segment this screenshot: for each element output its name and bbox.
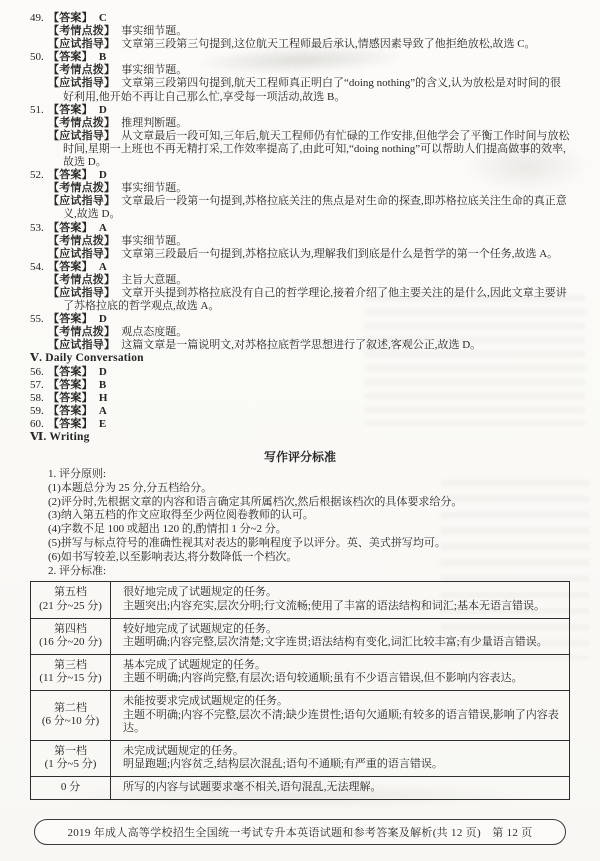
answer-item: 54.【答案】A 【考情点拨】主旨大意题。 【应试指导】文章开头提到苏格拉底没有…	[30, 261, 570, 313]
answer-label: 【答案】	[48, 366, 93, 378]
yingshi-line: 【应试指导】这篇文章是一篇说明文,对苏格拉底哲学思想进行了叙述,客观公正,故选 …	[30, 339, 570, 352]
level-cell: 第一档 (1 分~5 分)	[31, 740, 111, 776]
level-name: 第一档	[33, 745, 108, 759]
answer-value: D	[99, 313, 107, 325]
yingshi-line: 【应试指导】文章第三段第四句提到,航天工程师真正明白了“doing nothin…	[30, 77, 570, 103]
desc-cell: 很好地完成了试题规定的任务。 主题突出;内容充实,层次分明;行文流畅;使用了丰富…	[111, 582, 570, 618]
item-number: 49.	[30, 12, 48, 25]
yingshi-text: 文章最后一段第一句提到,苏格拉底关注的焦点是对生命的探查,即苏格拉底关注生命的真…	[63, 195, 567, 220]
detail-line: 主题不明确;内容不完整,层次不清;缺少连贯性;语句欠通顺;有较多的语言错误,影响…	[123, 709, 559, 736]
answer-label: 【答案】	[48, 12, 93, 24]
answer-line-simple: 58.【答案】H	[30, 392, 570, 405]
yingshi-label: 【应试指导】	[48, 130, 115, 142]
yingshi-text: 从文章最后一段可知,三年后,航天工程师仍有忙碌的工作安排,但他学会了平衡工作时间…	[63, 130, 569, 168]
item-number: 60.	[30, 418, 48, 431]
answer-label: 【答案】	[48, 313, 93, 325]
detail-line: 主题突出;内容充实,层次分明;行文流畅;使用了丰富的语法结构和词汇;基本无语言错…	[123, 600, 559, 614]
answer-item: 53.【答案】A 【考情点拨】事实细节题。 【应试指导】文章第三段最后一句提到,…	[30, 222, 570, 261]
answer-line: 49.【答案】C	[30, 12, 570, 25]
answer-label: 【答案】	[48, 222, 93, 234]
answer-label: 【答案】	[48, 405, 93, 417]
answer-label: 【答案】	[48, 51, 93, 63]
item-number: 55.	[30, 313, 48, 326]
yingshi-label: 【应试指导】	[48, 287, 115, 299]
answer-label: 【答案】	[48, 261, 93, 273]
item-number: 58.	[30, 392, 48, 405]
kaoqing-line: 【考情点拨】主旨大意题。	[30, 274, 570, 287]
level-range: (6 分~10 分)	[33, 715, 108, 729]
kaoqing-label: 【考情点拨】	[48, 25, 115, 37]
desc-cell: 所写的内容与试题要求毫不相关,语句混乱,无法理解。	[111, 777, 570, 800]
level-name: 第三档	[33, 659, 108, 673]
answer-value: D	[99, 169, 107, 181]
answer-line: 55.【答案】D	[30, 313, 570, 326]
rubric-table: 第五档 (21 分~25 分) 很好地完成了试题规定的任务。 主题突出;内容充实…	[30, 581, 570, 799]
answer-line: 53.【答案】A	[30, 222, 570, 235]
kaoqing-line: 【考情点拨】事实细节题。	[30, 182, 570, 195]
answer-value: B	[99, 379, 106, 391]
answer-line: 50.【答案】B	[30, 51, 570, 64]
kaoqing-text: 事实细节题。	[121, 182, 187, 194]
yingshi-text: 文章开头提到苏格拉底没有自己的哲学理论,接着介绍了他主要关注的是什么,因此文章主…	[63, 287, 567, 312]
scanned-answer-page: 49.【答案】C 【考情点拨】事实细节题。 【应试指导】文章第三段第三句提到,这…	[0, 0, 600, 861]
item-number: 59.	[30, 405, 48, 418]
yingshi-line: 【应试指导】文章第三段第三句提到,这位航天工程师最后承认,情感因素导致了他拒绝放…	[30, 38, 570, 51]
answer-value: A	[99, 405, 107, 417]
answer-item: 50.【答案】B 【考情点拨】事实细节题。 【应试指导】文章第三段第四句提到,航…	[30, 51, 570, 103]
principle-line: (3)纳入第五档的作文应取得至少两位阅卷教师的认可。	[30, 509, 570, 523]
level-name: 第二档	[33, 702, 108, 716]
answer-label: 【答案】	[48, 169, 93, 181]
kaoqing-text: 事实细节题。	[121, 64, 187, 76]
answer-label: 【答案】	[48, 379, 93, 391]
rubric-row: 0 分 所写的内容与试题要求毫不相关,语句混乱,无法理解。	[31, 777, 570, 800]
kaoqing-label: 【考情点拨】	[48, 274, 115, 286]
principle-line: (1)本题总分为 25 分,分五档给分。	[30, 482, 570, 496]
level-cell: 0 分	[31, 777, 111, 800]
answer-value: D	[99, 366, 107, 378]
answer-line: 52.【答案】D	[30, 169, 570, 182]
item-number: 57.	[30, 379, 48, 392]
kaoqing-line: 【考情点拨】事实细节题。	[30, 25, 570, 38]
answer-line-simple: 59.【答案】A	[30, 405, 570, 418]
rubric-row: 第一档 (1 分~5 分) 未完成试题规定的任务。 明显跑题;内容贫乏,结构层次…	[31, 740, 570, 776]
kaoqing-line: 【考情点拨】观点态度题。	[30, 326, 570, 339]
yingshi-line: 【应试指导】文章第三段最后一句提到,苏格拉底认为,理解我们到底是什么是哲学的第一…	[30, 248, 570, 261]
criteria-heading: 2. 评分标准:	[30, 565, 570, 579]
answer-line-simple: 57.【答案】B	[30, 379, 570, 392]
yingshi-line: 【应试指导】文章开头提到苏格拉底没有自己的哲学理论,接着介绍了他主要关注的是什么…	[30, 287, 570, 313]
principle-line: (5)拼写与标点符号的准确性视其对表达的影响程度予以评分。英、美式拼写均可。	[30, 537, 570, 551]
item-number: 53.	[30, 222, 48, 235]
yingshi-label: 【应试指导】	[48, 77, 115, 89]
answer-line-simple: 56.【答案】D	[30, 366, 570, 379]
yingshi-text: 文章第三段最后一句提到,苏格拉底认为,理解我们到底是什么是哲学的第一个任务,故选…	[121, 248, 558, 260]
answer-line: 51.【答案】D	[30, 104, 570, 117]
answer-item: 55.【答案】D 【考情点拨】观点态度题。 【应试指导】这篇文章是一篇说明文,对…	[30, 313, 570, 352]
section-heading-daily-conversation: Ⅴ. Daily Conversation	[30, 352, 570, 365]
kaoqing-text: 推理判断题。	[121, 117, 187, 129]
kaoqing-text: 事实细节题。	[121, 235, 187, 247]
kaoqing-text: 主旨大意题。	[121, 274, 187, 286]
kaoqing-text: 事实细节题。	[121, 25, 187, 37]
answer-label: 【答案】	[48, 418, 93, 430]
level-cell: 第四档 (16 分~20 分)	[31, 618, 111, 654]
level-cell: 第五档 (21 分~25 分)	[31, 582, 111, 618]
principle-line: (6)如书写较差,以至影响表达,将分数降低一个档次。	[30, 551, 570, 565]
section-heading-writing: Ⅵ. Writing	[30, 431, 570, 444]
kaoqing-label: 【考情点拨】	[48, 64, 115, 76]
level-range: (16 分~20 分)	[33, 636, 108, 650]
kaoqing-label: 【考情点拨】	[48, 182, 115, 194]
level-cell: 第三档 (11 分~15 分)	[31, 654, 111, 690]
task-line: 较好地完成了试题规定的任务。	[123, 623, 559, 637]
kaoqing-label: 【考情点拨】	[48, 235, 115, 247]
detail-line: 主题明确;内容完整,层次清楚;文字连贯;语法结构有变化,词汇比较丰富;有少量语言…	[123, 636, 559, 650]
answer-line: 54.【答案】A	[30, 261, 570, 274]
level-range: (11 分~15 分)	[33, 672, 108, 686]
answer-value: C	[99, 12, 107, 24]
item-number: 50.	[30, 51, 48, 64]
desc-cell: 基本完成了试题规定的任务。 主题不明确;内容尚完整,有层次;语句较通顺;虽有不少…	[111, 654, 570, 690]
page-footer: 2019 年成人高等学校招生全国统一考试专升本英语试题和参考答案及解析(共 12…	[34, 819, 566, 845]
yingshi-line: 【应试指导】从文章最后一段可知,三年后,航天工程师仍有忙碌的工作安排,但他学会了…	[30, 130, 570, 169]
task-line: 基本完成了试题规定的任务。	[123, 659, 559, 673]
answer-label: 【答案】	[48, 392, 93, 404]
task-line: 很好地完成了试题规定的任务。	[123, 586, 559, 600]
level-range: (21 分~25 分)	[33, 600, 108, 614]
task-line: 未能按要求完成试题规定的任务。	[123, 695, 559, 709]
item-number: 51.	[30, 104, 48, 117]
kaoqing-label: 【考情点拨】	[48, 117, 115, 129]
answer-item: 52.【答案】D 【考情点拨】事实细节题。 【应试指导】文章最后一段第一句提到,…	[30, 169, 570, 221]
answer-value: B	[99, 51, 106, 63]
rubric-row: 第二档 (6 分~10 分) 未能按要求完成试题规定的任务。 主题不明确;内容不…	[31, 691, 570, 741]
level-name: 第四档	[33, 623, 108, 637]
item-number: 52.	[30, 169, 48, 182]
rubric-row: 第五档 (21 分~25 分) 很好地完成了试题规定的任务。 主题突出;内容充实…	[31, 582, 570, 618]
answer-value: D	[99, 104, 107, 116]
level-name: 0 分	[33, 781, 108, 795]
desc-cell: 未能按要求完成试题规定的任务。 主题不明确;内容不完整,层次不清;缺少连贯性;语…	[111, 691, 570, 741]
yingshi-text: 这篇文章是一篇说明文,对苏格拉底哲学思想进行了叙述,客观公正,故选 D。	[121, 339, 481, 351]
rubric-row: 第四档 (16 分~20 分) 较好地完成了试题规定的任务。 主题明确;内容完整…	[31, 618, 570, 654]
level-range: (1 分~5 分)	[33, 758, 108, 772]
yingshi-label: 【应试指导】	[48, 248, 115, 260]
desc-cell: 较好地完成了试题规定的任务。 主题明确;内容完整,层次清楚;文字连贯;语法结构有…	[111, 618, 570, 654]
answer-line-simple: 60.【答案】E	[30, 418, 570, 431]
kaoqing-text: 观点态度题。	[121, 326, 187, 338]
kaoqing-line: 【考情点拨】推理判断题。	[30, 117, 570, 130]
kaoqing-line: 【考情点拨】事实细节题。	[30, 64, 570, 77]
principle-line: (4)字数不足 100 或超出 120 的,酌情扣 1 分~2 分。	[30, 523, 570, 537]
item-number: 56.	[30, 366, 48, 379]
yingshi-text: 文章第三段第四句提到,航天工程师真正明白了“doing nothing”的含义,…	[63, 77, 561, 102]
yingshi-label: 【应试指导】	[48, 339, 115, 351]
level-name: 第五档	[33, 586, 108, 600]
writing-rubric-title: 写作评分标准	[30, 450, 570, 464]
answer-value: H	[99, 392, 108, 404]
yingshi-label: 【应试指导】	[48, 38, 115, 50]
kaoqing-label: 【考情点拨】	[48, 326, 115, 338]
answer-item: 51.【答案】D 【考情点拨】推理判断题。 【应试指导】从文章最后一段可知,三年…	[30, 104, 570, 169]
principle-line: (2)评分时,先根据文章的内容和语言确定其所属档次,然后根据该档次的具体要求给分…	[30, 496, 570, 510]
yingshi-text: 文章第三段第三句提到,这位航天工程师最后承认,情感因素导致了他拒绝放松,故选 C…	[121, 38, 535, 50]
task-line: 所写的内容与试题要求毫不相关,语句混乱,无法理解。	[123, 781, 559, 795]
detail-line: 明显跑题;内容贫乏,结构层次混乱;语句不通顺;有严重的语言错误。	[123, 758, 559, 772]
desc-cell: 未完成试题规定的任务。 明显跑题;内容贫乏,结构层次混乱;语句不通顺;有严重的语…	[111, 740, 570, 776]
task-line: 未完成试题规定的任务。	[123, 745, 559, 759]
answer-value: A	[99, 261, 107, 273]
page-content: 49.【答案】C 【考情点拨】事实细节题。 【应试指导】文章第三段第三句提到,这…	[0, 0, 600, 861]
level-cell: 第二档 (6 分~10 分)	[31, 691, 111, 741]
detail-line: 主题不明确;内容尚完整,有层次;语句较通顺;虽有不少语言错误,但不影响内容表达。	[123, 672, 559, 686]
answer-item: 49.【答案】C 【考情点拨】事实细节题。 【应试指导】文章第三段第三句提到,这…	[30, 12, 570, 51]
principles-heading: 1. 评分原则:	[30, 468, 570, 482]
kaoqing-line: 【考情点拨】事实细节题。	[30, 235, 570, 248]
answer-value: A	[99, 222, 107, 234]
yingshi-line: 【应试指导】文章最后一段第一句提到,苏格拉底关注的焦点是对生命的探查,即苏格拉底…	[30, 195, 570, 221]
footer-text: 2019 年成人高等学校招生全国统一考试专升本英语试题和参考答案及解析(共 12…	[67, 824, 532, 840]
item-number: 54.	[30, 261, 48, 274]
answer-label: 【答案】	[48, 104, 93, 116]
rubric-row: 第三档 (11 分~15 分) 基本完成了试题规定的任务。 主题不明确;内容尚完…	[31, 654, 570, 690]
yingshi-label: 【应试指导】	[48, 195, 115, 207]
answer-value: E	[99, 418, 106, 430]
